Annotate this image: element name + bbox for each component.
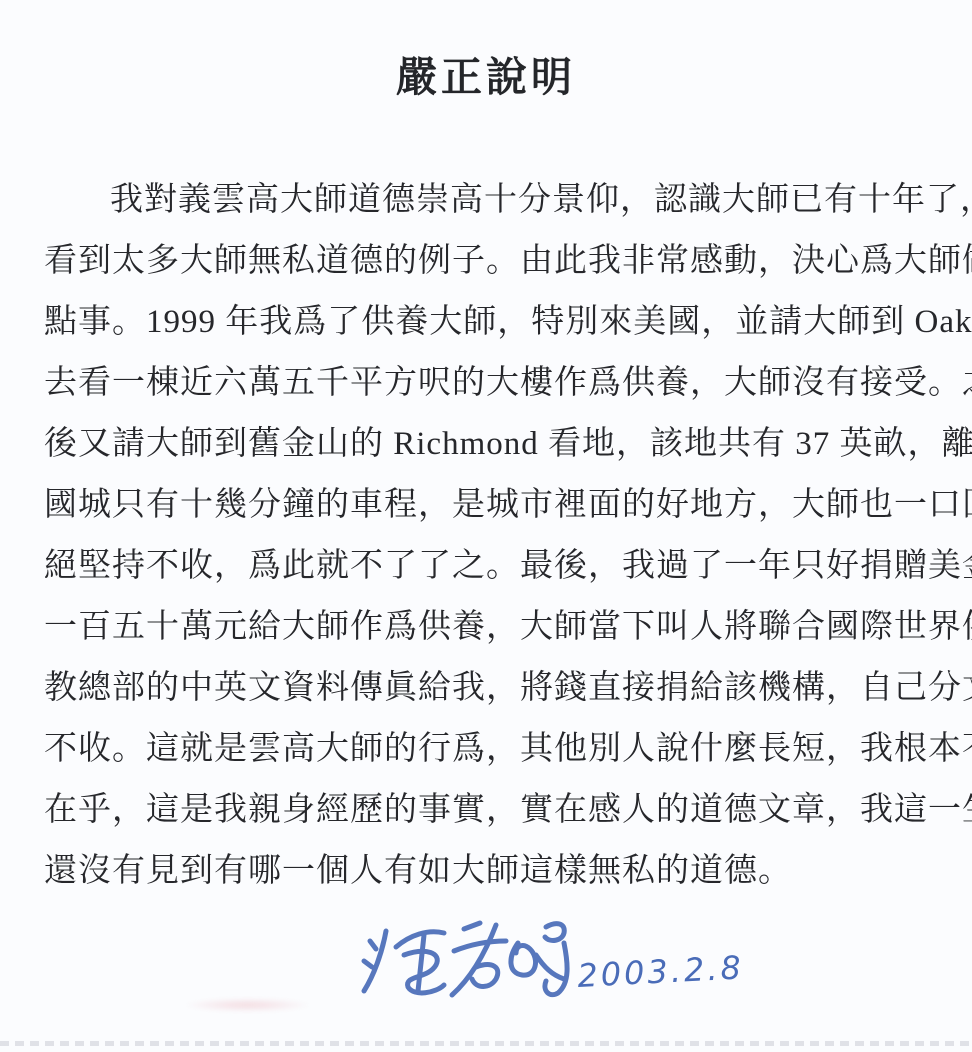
body-line-8: 一百五十萬元給大師作爲供養，大師當下叫人將聯合國際世界佛 bbox=[44, 597, 946, 658]
body-line-9: 教總部的中英文資料傳眞給我，將錢直接捐給該機構，自己分文 bbox=[44, 658, 946, 719]
signature-date: 2003.2.8. bbox=[576, 948, 740, 995]
bottom-dashed-scan-edge bbox=[0, 1041, 972, 1046]
document-title: 嚴正說明 bbox=[0, 44, 972, 103]
body-line-4: 去看一棟近六萬五千平方呎的大樓作爲供養，大師沒有接受。之 bbox=[44, 353, 946, 414]
body-line-12: 還沒有見到有哪一個人有如大師這樣無私的道德。 bbox=[44, 841, 946, 902]
scan-smudge-artifact bbox=[185, 998, 310, 1012]
body-line-5: 後又請大師到舊金山的 Richmond 看地，該地共有 37 英畝，離中 bbox=[44, 414, 946, 475]
body-line-1: 我對義雲高大師道德崇高十分景仰，認識大師已有十年了， bbox=[44, 170, 946, 231]
handwritten-signature: 2003.2.8. bbox=[340, 903, 740, 1013]
body-line-6: 國城只有十幾分鐘的車程，是城市裡面的好地方，大師也一口回 bbox=[44, 475, 946, 536]
body-line-2: 看到太多大師無私道德的例子。由此我非常感動，決心爲大師做 bbox=[44, 231, 946, 292]
body-line-10: 不收。這就是雲高大師的行爲，其他別人說什麼長短，我根本不 bbox=[44, 719, 946, 780]
scanned-document-page: 嚴正說明 我對義雲高大師道德崇高十分景仰，認識大師已有十年了， 看到太多大師無私… bbox=[0, 0, 972, 1052]
body-line-7: 絕堅持不收，爲此就不了了之。最後，我過了一年只好捐贈美金 bbox=[44, 536, 946, 597]
body-line-3: 點事。1999 年我爲了供養大師，特別來美國，並請大師到 Oakland bbox=[44, 292, 946, 353]
signature-ink-strokes bbox=[364, 923, 567, 995]
document-body: 我對義雲高大師道德崇高十分景仰，認識大師已有十年了， 看到太多大師無私道德的例子… bbox=[44, 170, 946, 902]
body-line-11: 在乎，這是我親身經歷的事實，實在感人的道德文章，我這一生 bbox=[44, 780, 946, 841]
signature-block: 2003.2.8. bbox=[340, 903, 740, 1013]
